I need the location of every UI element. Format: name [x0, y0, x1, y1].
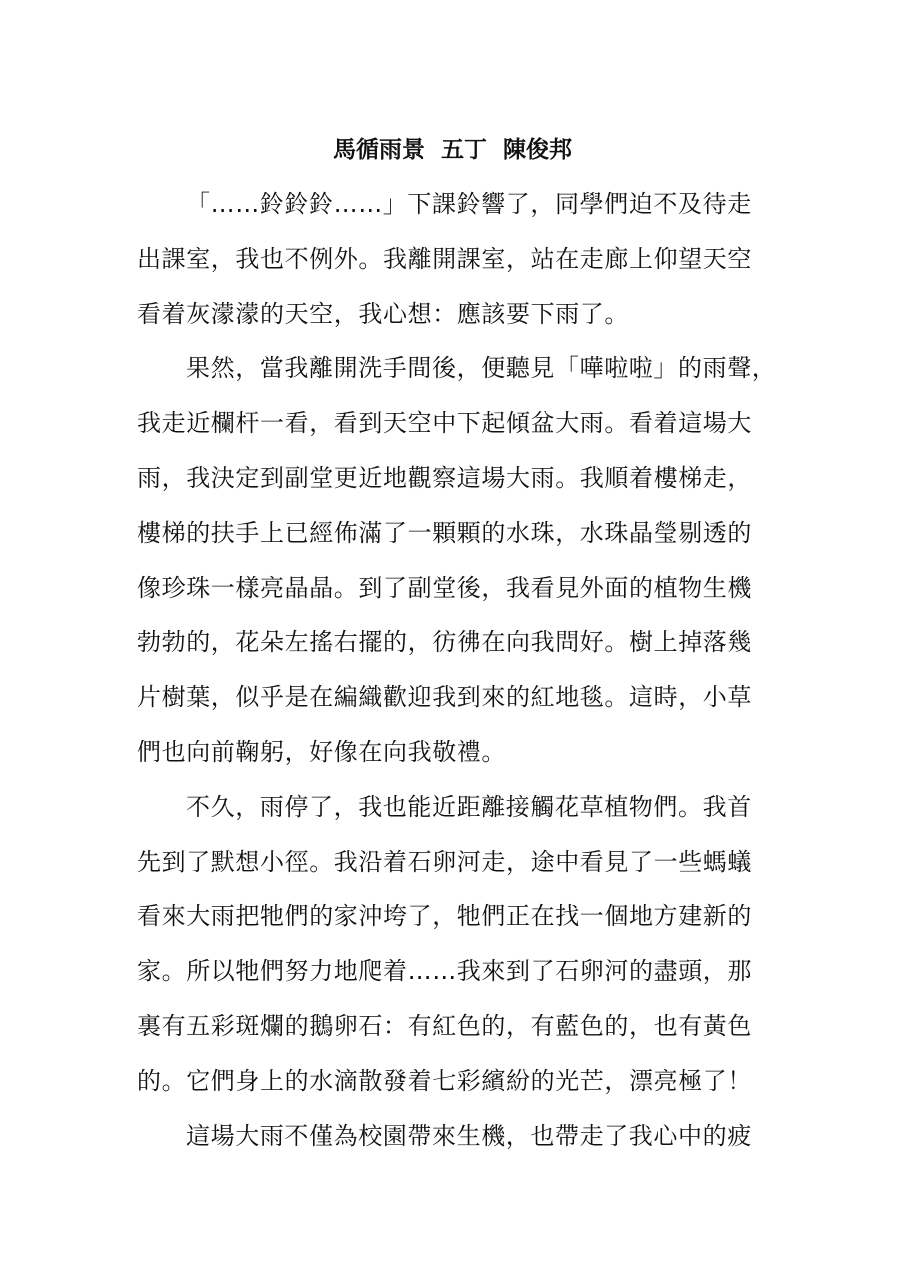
document-title: 馬循雨景 五丁 陳俊邦	[0, 134, 905, 166]
text-line: 像珍珠一樣亮晶晶。到了副堂後，我看見外面的植物生機	[137, 570, 797, 625]
text-line: 勃勃的，花朵左搖右擺的，彷彿在向我問好。樹上掉落幾	[137, 624, 797, 679]
text-line: 裏有五彩斑爛的鵝卵石：有紅色的，有藍色的，也有黃色	[137, 1008, 797, 1063]
text-line: 家。所以牠們努力地爬着……我來到了石卵河的盡頭，那	[137, 953, 797, 1008]
text-line: 的。它們身上的水滴散發着七彩繽紛的光芒，漂亮極了！	[137, 1063, 797, 1118]
text-line: 看來大雨把牠們的家沖垮了，牠們正在找一個地方建新的	[137, 898, 797, 953]
text-line: 雨，我決定到副堂更近地觀察這場大雨。我順着樓梯走，	[137, 460, 797, 515]
text-line: 片樹葉，似乎是在編織歡迎我到來的紅地毯。這時，小草	[137, 679, 797, 734]
text-line: 果然，當我離開洗手間後，便聽見「嘩啦啦」的雨聲，	[137, 350, 797, 405]
text-line: 們也向前鞠躬，好像在向我敬禮。	[137, 734, 797, 789]
document-page: 馬循雨景 五丁 陳俊邦 「……鈴鈴鈴……」下課鈴響了，同學們迫不及待走 出課室，…	[0, 0, 905, 1280]
text-line: 我走近欄杆一看，看到天空中下起傾盆大雨。看着這場大	[137, 405, 797, 460]
essay-body: 「……鈴鈴鈴……」下課鈴響了，同學們迫不及待走 出課室，我也不例外。我離開課室，…	[137, 186, 797, 1172]
text-line: 不久，雨停了，我也能近距離接觸花草植物們。我首	[137, 789, 797, 844]
text-line: 看着灰濛濛的天空，我心想：應該要下雨了。	[137, 296, 797, 351]
text-line: 樓梯的扶手上已經佈滿了一顆顆的水珠，水珠晶瑩剔透的	[137, 515, 797, 570]
text-line: 這場大雨不僅為校園帶來生機，也帶走了我心中的疲	[137, 1118, 797, 1173]
text-line: 「……鈴鈴鈴……」下課鈴響了，同學們迫不及待走	[137, 186, 797, 241]
text-line: 先到了默想小徑。我沿着石卵河走，途中看見了一些螞蟻	[137, 844, 797, 899]
text-line: 出課室，我也不例外。我離開課室，站在走廊上仰望天空	[137, 241, 797, 296]
